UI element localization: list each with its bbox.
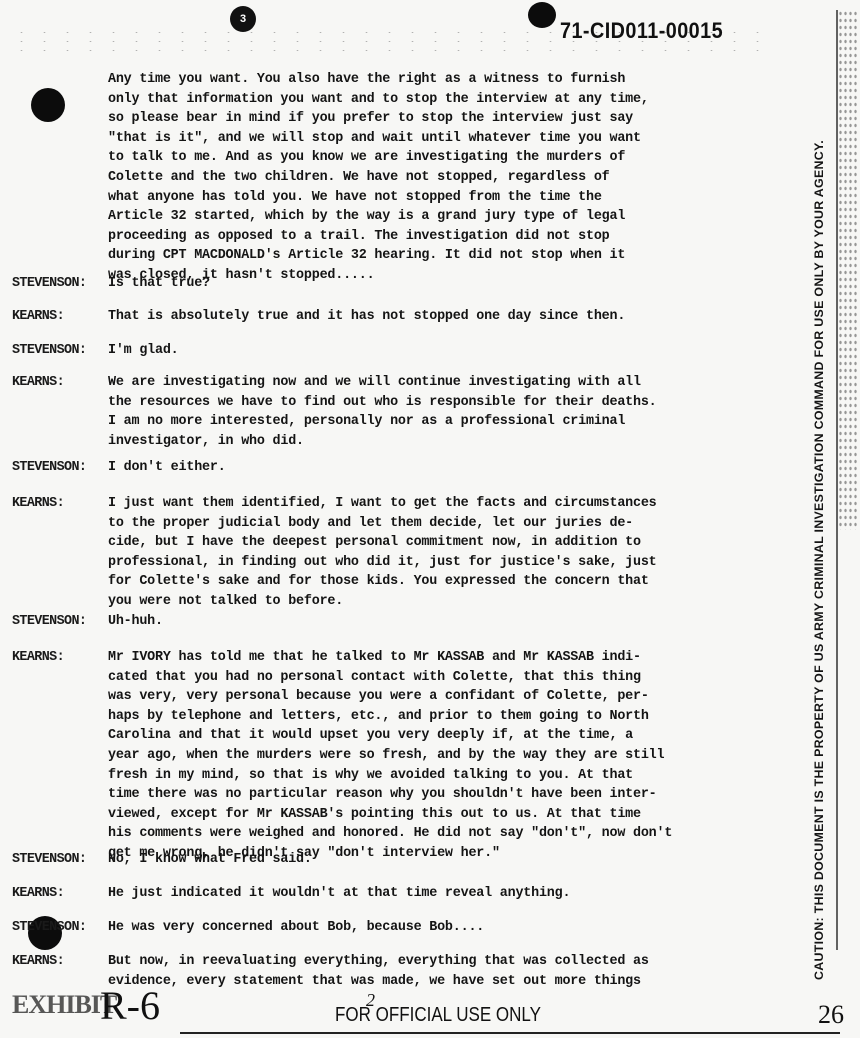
speaker-label: STEVENSON: <box>12 612 86 632</box>
transcript-paragraph: He just indicated it wouldn't at that ti… <box>108 884 748 904</box>
transcript-paragraph: Mr IVORY has told me that he talked to M… <box>108 648 748 864</box>
bottom-rule <box>180 1032 840 1034</box>
speaker-label: KEARNS: <box>12 884 64 904</box>
exhibit-mark: R-6 <box>100 982 160 1029</box>
document-id: 71-CID011-00015 <box>560 18 723 44</box>
transcript-paragraph: Is that true? <box>108 274 748 294</box>
circle-stamp-icon: 3 <box>230 6 256 32</box>
speaker-label: KEARNS: <box>12 648 64 668</box>
speaker-label: KEARNS: <box>12 494 64 514</box>
transcript-paragraph: I don't either. <box>108 458 748 478</box>
speaker-label: STEVENSON: <box>12 918 86 938</box>
speaker-label: STEVENSON: <box>12 274 86 294</box>
document-page: 3 71-CID011-00015 Any time you want. You… <box>0 0 860 1038</box>
speaker-label: KEARNS: <box>12 373 64 393</box>
classification-footer: FOR OFFICIAL USE ONLY <box>335 1004 541 1027</box>
hole-punch-icon <box>31 88 65 122</box>
transcript-paragraph: But now, in reevaluating everything, eve… <box>108 952 748 991</box>
transcript-paragraph: Any time you want. You also have the rig… <box>108 70 748 286</box>
transcript-paragraph: I just want them identified, I want to g… <box>108 494 748 612</box>
transcript-paragraph: No, I know what Fred said. <box>108 850 748 870</box>
speaker-label: STEVENSON: <box>12 458 86 478</box>
speaker-label: KEARNS: <box>12 952 64 972</box>
transcript-paragraph: I'm glad. <box>108 341 748 361</box>
page-number: 26 <box>818 1000 844 1030</box>
speaker-label: STEVENSON: <box>12 341 86 361</box>
transcript-paragraph: We are investigating now and we will con… <box>108 373 748 451</box>
transcript-paragraph: He was very concerned about Bob, because… <box>108 918 748 938</box>
transcript-paragraph: Uh-huh. <box>108 612 748 632</box>
caution-banner: CAUTION: THIS DOCUMENT IS THE PROPERTY O… <box>812 20 826 980</box>
speaker-label: KEARNS: <box>12 307 64 327</box>
speaker-label: STEVENSON: <box>12 850 86 870</box>
hole-punch-icon <box>528 2 556 28</box>
scan-noise <box>838 10 858 530</box>
transcript-paragraph: That is absolutely true and it has not s… <box>108 307 748 327</box>
